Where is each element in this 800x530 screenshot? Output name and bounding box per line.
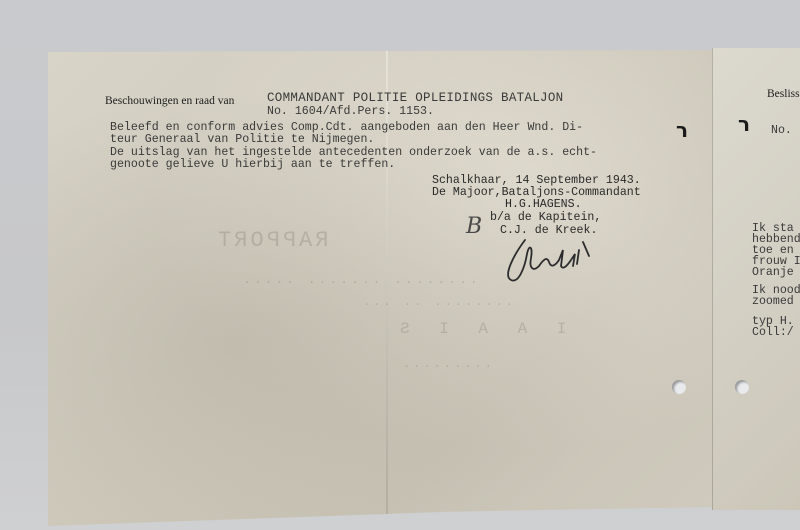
commander-name: H.G.HAGENS.: [505, 199, 582, 210]
second-sheet-footer: Coll:/: [752, 327, 794, 338]
body-line-3: De uitslag van het ingestelde antecedent…: [110, 147, 597, 158]
body-line-2: teur Generaal van Politie te Nijmegen.: [110, 134, 374, 145]
second-sheet-number-label: No.: [771, 125, 792, 136]
place-date: Schalkhaar, 14 September 1943.: [432, 175, 641, 186]
second-sheet-line: zoomed: [752, 296, 794, 307]
punch-hole: [735, 380, 749, 394]
reference-number: No. 1604/Afd.Pers. 1153.: [267, 106, 434, 117]
body-line-1: Beleefd en conform advies Comp.Cdt. aang…: [110, 122, 583, 133]
body-line-4: genoote gelieve U hierbij aan te treffen…: [110, 159, 395, 170]
commander-title: De Majoor,Bataljons-Commandant: [432, 187, 641, 198]
second-sheet-heading: Besliss: [767, 88, 800, 100]
pencil-mark: B: [466, 214, 482, 239]
signer-name: C.J. de Kreek.: [500, 225, 597, 236]
second-sheet-line: Oranje: [752, 267, 794, 278]
punch-tab-mark: ר: [676, 118, 688, 142]
heading-organization: COMMANDANT POLITIE OPLEIDINGS BATALJON: [267, 93, 563, 104]
heading-label: Beschouwingen en raad van: [105, 95, 234, 107]
second-document-sheet: [712, 48, 800, 510]
on-behalf-line: b/a de Kapitein,: [490, 212, 601, 223]
punch-tab-mark: ר: [738, 112, 750, 136]
punch-hole: [672, 380, 686, 394]
handwritten-signature: [503, 236, 603, 286]
